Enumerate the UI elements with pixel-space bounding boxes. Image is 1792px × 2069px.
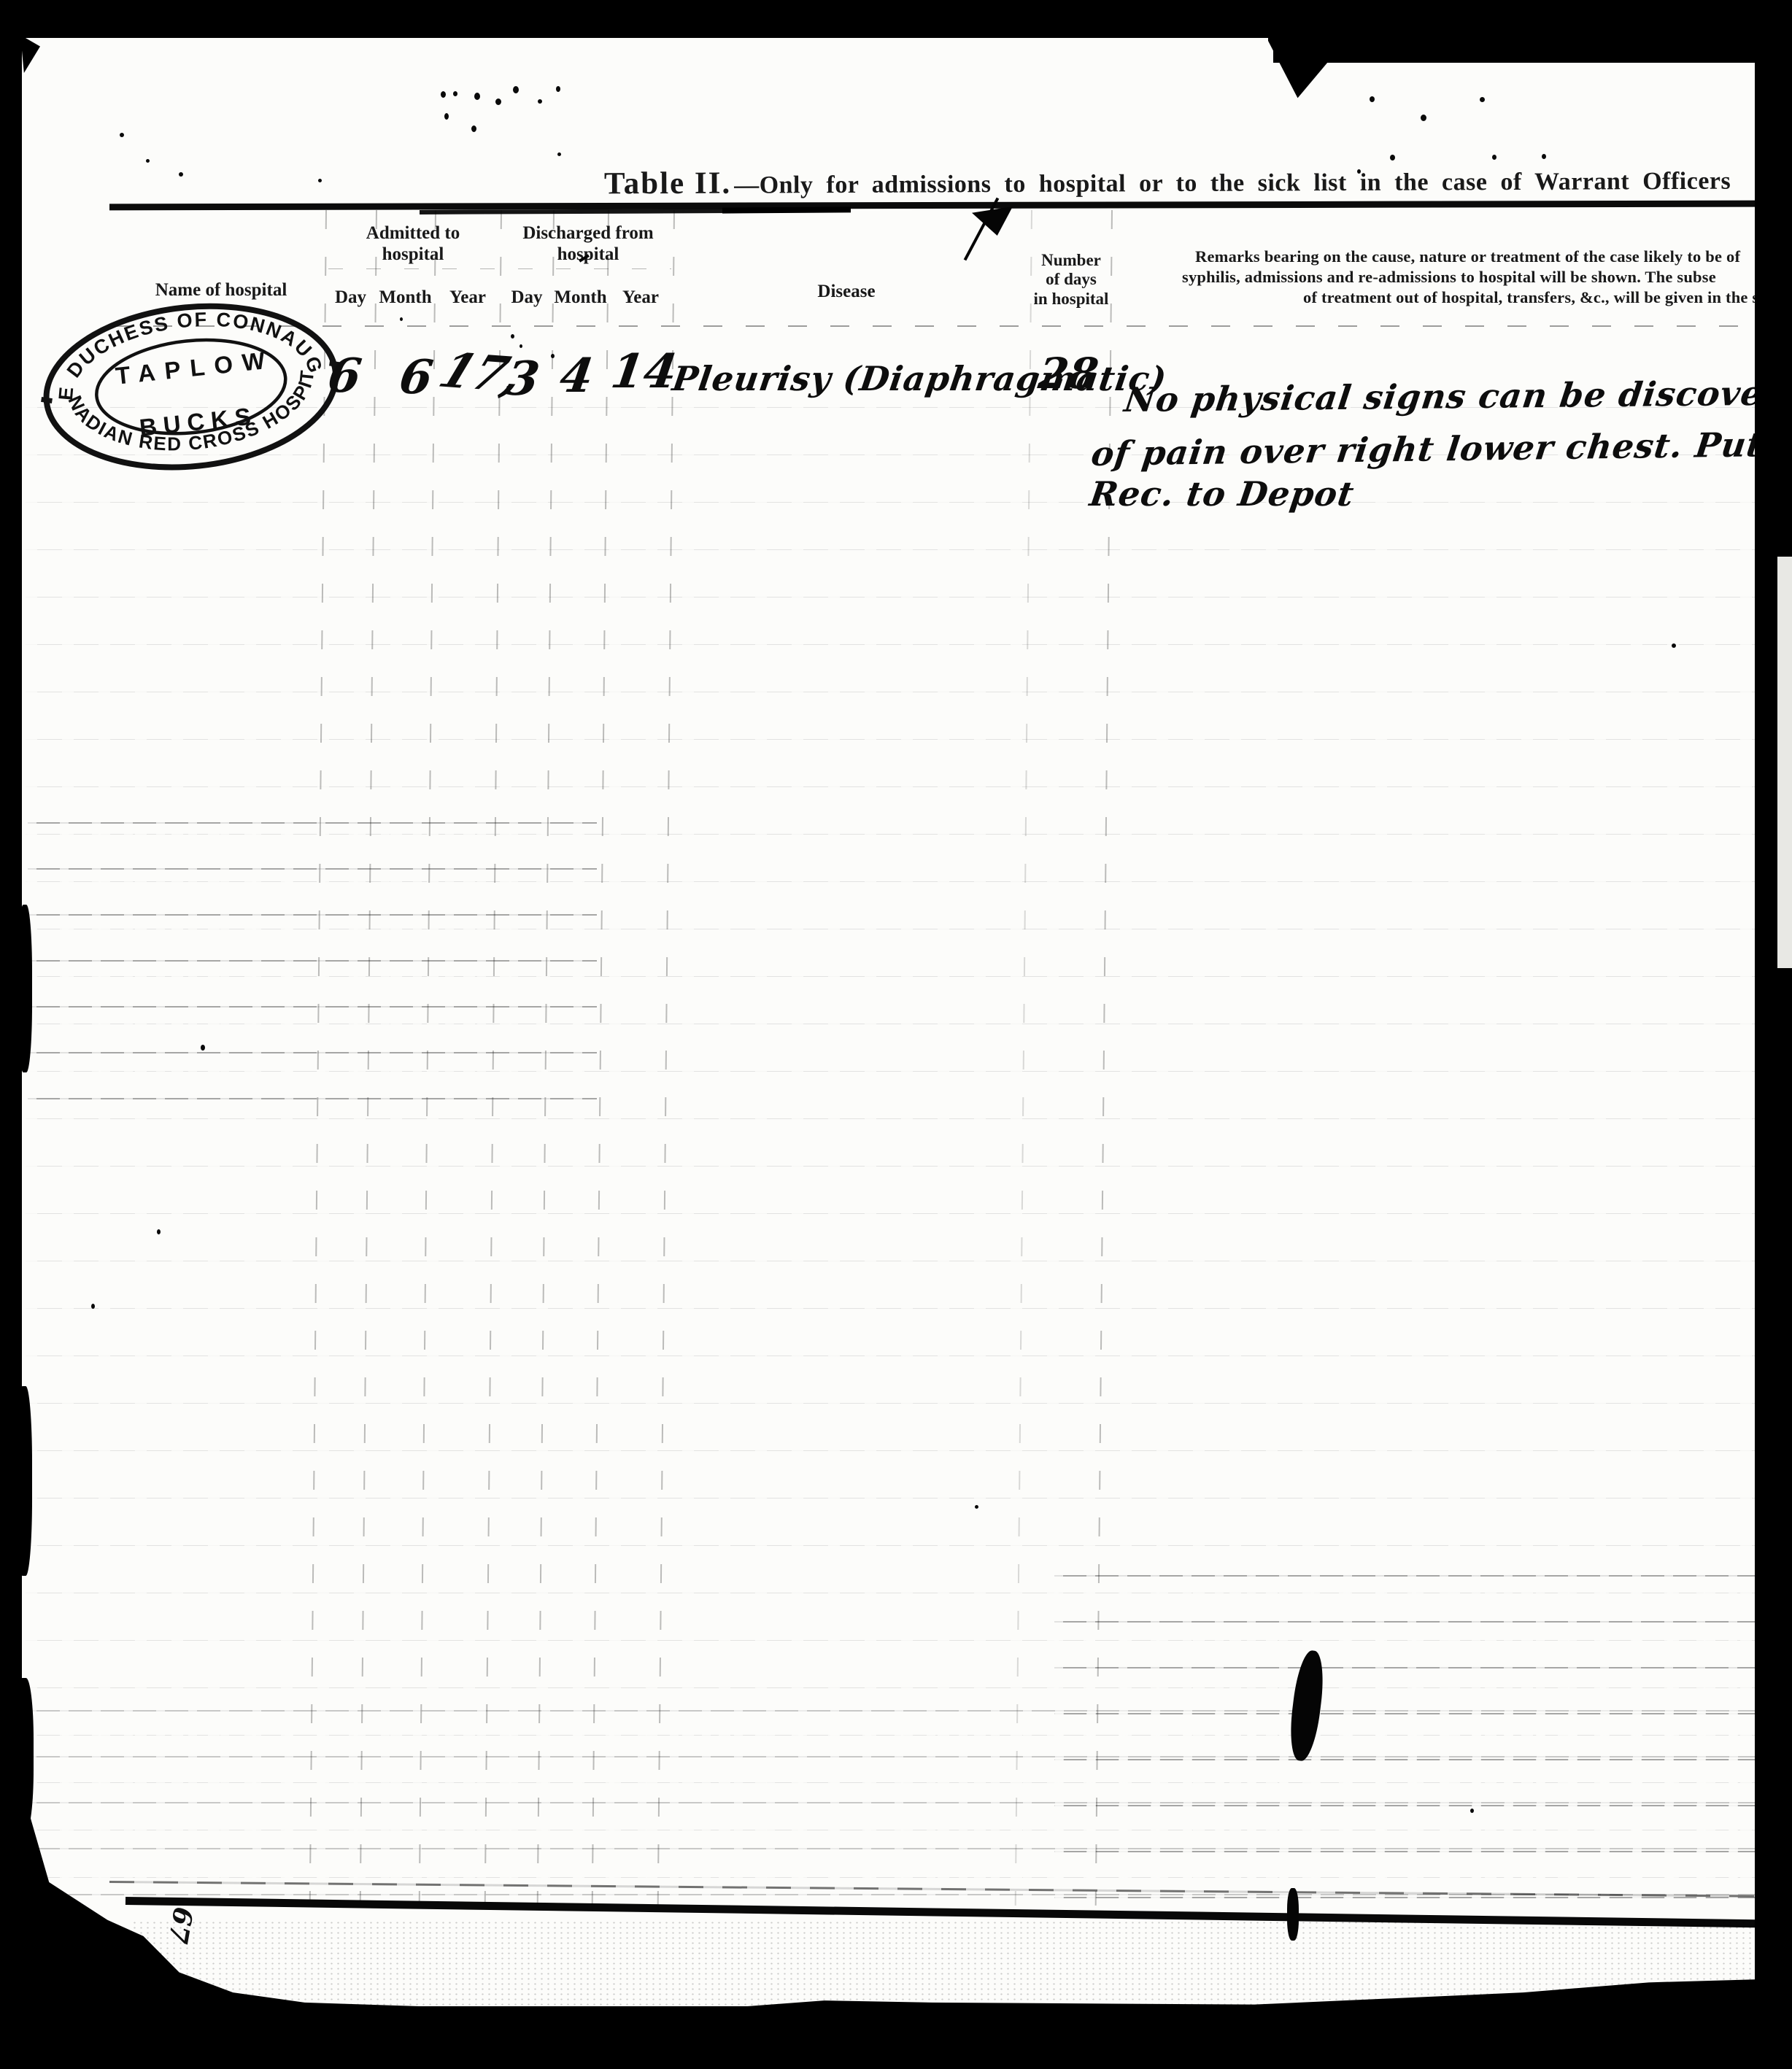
ink-speck [179,172,183,177]
col-header-admitted: Admitted to hospital [325,223,501,266]
col-header-adm-year: Year [435,287,501,309]
entry-days-in-hospital: 28 [1035,349,1101,398]
header-underline [111,325,1756,327]
page-title-lead: Table II. [604,166,731,201]
col-header-dis-month: Month [553,287,608,309]
ink-speck [1390,155,1395,161]
entry-remarks-line1: No physical signs can be discovered [1122,373,1792,419]
ink-speck [1492,155,1496,160]
scan-border-top-left [0,0,1273,38]
stamp-left-dash [41,397,53,403]
ink-speck [1421,115,1426,121]
scanned-page: Table II. —Only for admissions to hospit… [0,0,1792,2069]
ink-speck [120,133,124,137]
scan-border-left-bump2 [16,1386,32,1576]
date-group-underline [328,268,671,269]
ink-speck [471,125,476,132]
ink-speck [441,91,446,98]
ink-speck [157,1229,161,1234]
ink-speck [318,179,322,182]
scan-border-top-right [1273,0,1792,63]
header-rule-dark-segment2 [722,206,851,213]
scan-border-right [1755,0,1792,2069]
col-header-days: Number of days in hospital [1020,251,1122,309]
ink-speck [400,317,403,321]
ink-speck [556,86,560,92]
ink-speck [520,344,522,348]
remarks-header-line3: of treatment out of hospital, transfers,… [1303,290,1768,306]
page-title-rest: —Only for admissions to hospital or to t… [734,167,1742,198]
ink-speck [513,86,519,93]
ink-speck [1542,154,1546,159]
col-header-discharged: Discharged from hospital [501,223,676,266]
scan-border-left-bump [18,905,32,1072]
entry-discharged-year: 14 [608,344,681,399]
ruled-lines-bottom-breaks [28,1710,1756,1907]
ink-speck [201,1045,205,1051]
col-header-dis-day: Day [501,287,553,309]
ink-speck [538,99,542,104]
ink-speck [1357,169,1361,174]
ink-speck [91,1304,95,1309]
ink-speck [495,98,501,105]
ink-speck [1370,96,1375,102]
col-header-disease: Disease [730,282,963,303]
ink-speck [474,93,480,100]
hospital-stamp: THE DUCHESS OF CONNAUGHT CANADIAN RED CR… [27,285,358,492]
ink-speck [444,113,449,120]
ink-speck [1470,1809,1474,1813]
col-header-adm-month: Month [376,287,435,309]
ink-speck [453,91,457,96]
ink-speck [1480,97,1485,102]
page-title: Table II. —Only for admissions to hospit… [604,161,1742,207]
remarks-header-line1: Remarks bearing on the cause, nature or … [1195,249,1740,266]
entry-remarks-line3: Rec. to Depot [1087,474,1356,514]
ruled-lines-left-breaks [28,822,597,1107]
ink-speck [1672,643,1676,648]
ink-speck [146,159,150,163]
remarks-header-line2: syphilis, admissions and re-admissions t… [1182,269,1716,286]
ink-speck [975,1505,978,1509]
scan-border-right-gap [1777,557,1792,968]
ink-speck [511,334,514,339]
col-header-dis-year: Year [608,287,673,309]
ink-speck [551,354,555,358]
ink-speck [557,152,561,156]
